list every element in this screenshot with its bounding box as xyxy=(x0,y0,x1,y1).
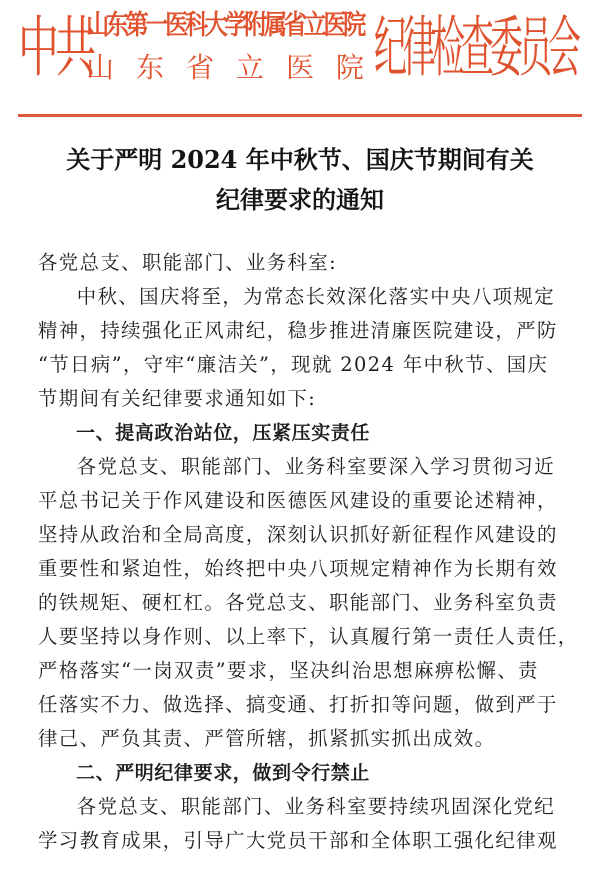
letterhead: 中共 山东第一医科大学附属省立医院 山 东 省 立 医 院 纪律检查委员会 xyxy=(0,0,600,120)
letterhead-char: 省 xyxy=(186,48,214,88)
text-line: 中秋、国庆将至，为常态长效深化落实中央八项规定 xyxy=(38,280,574,314)
section-1-paragraph: 各党总支、职能部门、业务科室要深入学习贯彻习近 平总书记关于作风建设和医德医风建… xyxy=(38,450,574,756)
text-line: 严格落实“一岗双责”要求，坚决纠治思想麻痹松懈、责 xyxy=(38,654,574,688)
section-2-paragraph: 各党总支、职能部门、业务科室要持续巩固深化党纪 学习教育成果，引导广大党员干部和… xyxy=(38,790,574,858)
letterhead-char: 立 xyxy=(236,48,264,88)
text-line: 各党总支、职能部门、业务科室要深入学习贯彻习近 xyxy=(38,450,574,484)
text-line: 的铁规矩、硬杠杠。各党总支、职能部门、业务科室负责 xyxy=(38,586,574,620)
salutation: 各党总支、职能部门、业务科室: xyxy=(38,246,574,280)
text-line: 任落实不力、做选择、搞变通、打折扣等问题，做到严于 xyxy=(38,688,574,722)
title-line: 纪律要求的通知 xyxy=(0,180,600,220)
text-line: 坚持从政治和全局高度，深刻认识抓好新征程作风建设的 xyxy=(38,518,574,552)
letterhead-committee: 纪律检查委员会 xyxy=(374,6,577,90)
text-line: 平总书记关于作风建设和医德医风建设的重要论述精神， xyxy=(38,484,574,518)
text-line: 学习教育成果，引导广大党员干部和全体职工强化纪律观 xyxy=(38,824,574,858)
letterhead-char: 山 xyxy=(86,48,114,88)
letterhead-cpc: 中共 xyxy=(18,6,92,90)
letterhead-hospital-short-name: 山 东 省 立 医 院 xyxy=(86,48,364,88)
letterhead-hospital-name: 山东第一医科大学附属省立医院 山 东 省 立 医 院 xyxy=(86,8,408,88)
text-line: 人要坚持以身作则、以上率下，认真履行第一责任人责任， xyxy=(38,620,574,654)
text-line: 律己、严负其责、严管所辖，抓紧抓实抓出成效。 xyxy=(38,722,574,756)
section-heading-2: 二、严明纪律要求，做到令行禁止 xyxy=(38,756,574,790)
letterhead-char: 医 xyxy=(286,48,314,88)
document-title: 关于严明 2024 年中秋节、国庆节期间有关 纪律要求的通知 xyxy=(0,140,600,220)
letterhead-divider xyxy=(18,114,582,117)
section-heading-1: 一、提高政治站位，压紧压实责任 xyxy=(38,416,574,450)
intro-paragraph: 中秋、国庆将至，为常态长效深化落实中央八项规定 精神，持续强化正风肃纪，稳步推进… xyxy=(38,280,574,416)
document-body: 各党总支、职能部门、业务科室: 中秋、国庆将至，为常态长效深化落实中央八项规定 … xyxy=(38,246,574,858)
letterhead-hospital-full-name: 山东第一医科大学附属省立医院 xyxy=(86,8,363,44)
title-line: 关于严明 2024 年中秋节、国庆节期间有关 xyxy=(0,140,600,180)
text-line: 重要性和紧迫性，始终把中央八项规定精神作为长期有效 xyxy=(38,552,574,586)
text-line: 精神，持续强化正风肃纪，稳步推进清廉医院建设，严防 xyxy=(38,314,574,348)
text-line: 节期间有关纪律要求通知如下: xyxy=(38,382,574,416)
letterhead-char: 东 xyxy=(136,48,164,88)
letterhead-char: 院 xyxy=(336,48,364,88)
text-line: 各党总支、职能部门、业务科室要持续巩固深化党纪 xyxy=(38,790,574,824)
text-line: “节日病”，守牢“廉洁关”，现就 2024 年中秋节、国庆 xyxy=(38,348,574,382)
